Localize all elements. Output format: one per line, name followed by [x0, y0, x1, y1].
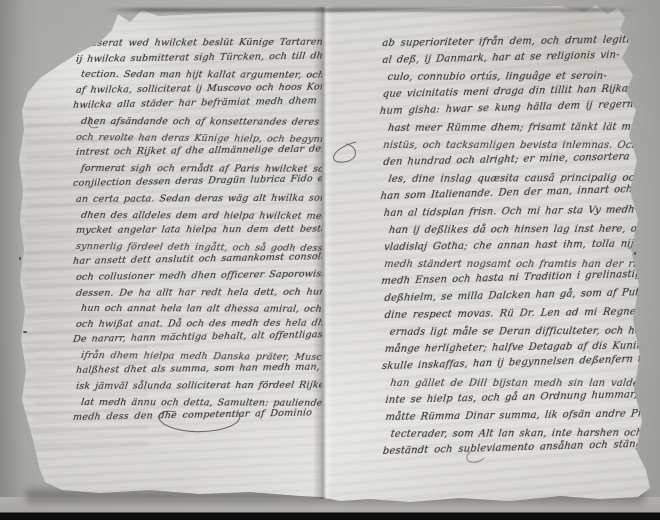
ink-speck — [19, 257, 21, 260]
handwriting-line: vladislaj Gotha; che annan hast ihm, tol… — [383, 236, 635, 257]
handwriting-line: halßhest dhet als summa, som han medh ma… — [75, 360, 329, 379]
handwriting-line: dine respect movas. Rü Dr. Len ad mi Reg… — [384, 304, 636, 325]
ink-speck — [634, 252, 636, 255]
handwriting-line: dhen afsändande och af konsetterandes de… — [80, 114, 329, 130]
manuscript-photo: atacserat wed hwilcket beslüt Künige Tar… — [0, 0, 660, 520]
handwriting-line: mycket angelar lata hielpa hun dem dett … — [75, 222, 329, 239]
handwriting-line: De nararr, hann mächtiga behalt, alt off… — [72, 327, 329, 347]
handwriting-line: an certa pacta. Sedan deras wäg alt hwil… — [75, 191, 329, 208]
folio-number: 11 — [639, 19, 650, 29]
handwriting-line: måtte Rümma Dinar summa, lik ofsän andre… — [385, 406, 637, 427]
handwriting-line: dessen. De ha allt har redt hela dett, o… — [75, 284, 329, 301]
photo-bottom-bar — [0, 512, 660, 520]
handwriting-block-right: ab superioriteter ifrån dem, och drumt l… — [382, 33, 636, 460]
handwriting-line: conjilection dessen deras Dragün lubrica… — [72, 171, 329, 191]
handwriting-block-left: atacserat wed hwilcket beslüt Künige Tar… — [76, 36, 328, 426]
handwriting-line: hwilcka alla städer har befrämiat medh d… — [72, 93, 329, 113]
handwriting-line: medh dess den dhe competentiar af Domini… — [72, 405, 329, 425]
gutter-crease — [313, 7, 333, 499]
ink-speck — [23, 331, 27, 333]
handwriting-line: ij hwilcka submitterat sigh Türcken, och… — [75, 48, 329, 67]
handwriting-line: han al tidsplan frisn. Och mi har sta Vy… — [383, 202, 635, 223]
handwriting-line: intrest och Rijket af dhe allmännelige d… — [75, 142, 329, 161]
handwriting-line: och collusioner medh dhen officerer Sapo… — [75, 266, 329, 285]
handwriting-line: hast meer Rümme dhem; frisamt tänkt lät … — [387, 119, 634, 137]
handwriting-line: isk jämväl sålunda solliciterat han förd… — [75, 378, 329, 395]
page-top-edge-shadow — [104, 8, 638, 12]
